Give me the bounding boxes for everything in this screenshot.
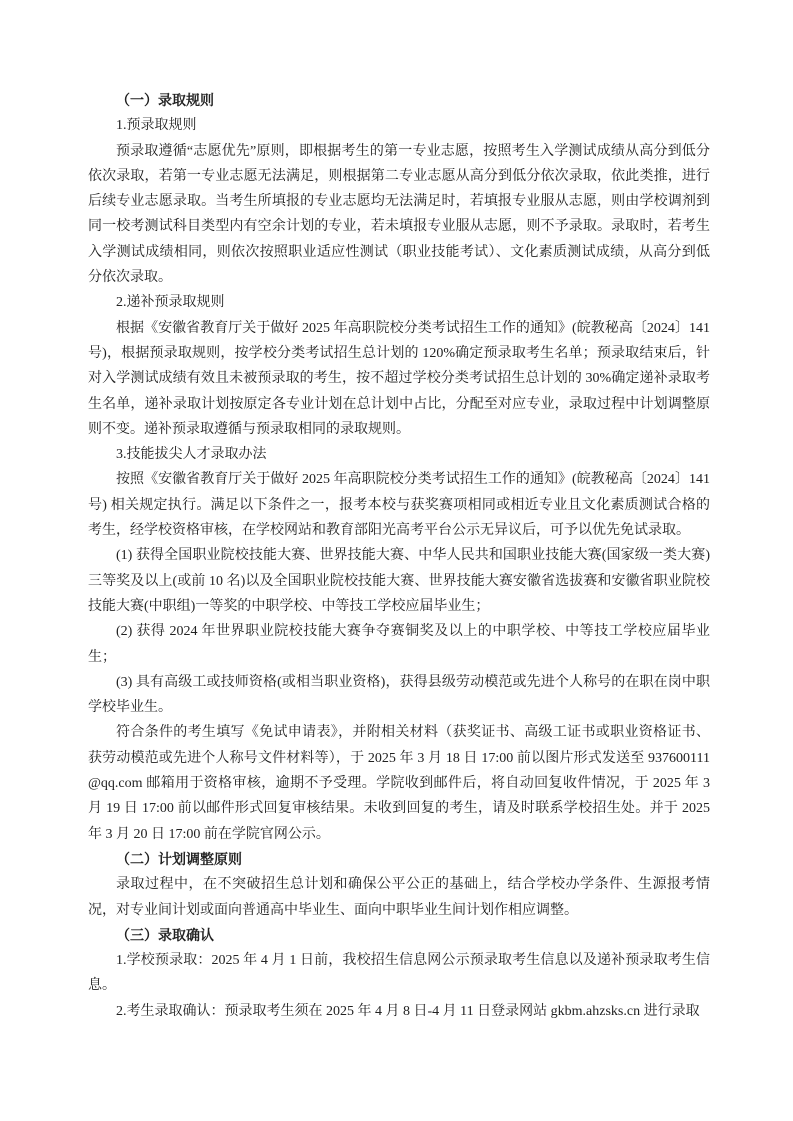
section-paragraph-9: (3) 具有高级工或技师资格(或相当职业资格)，获得县级劳动模范或先进个人称号的… [88,670,710,721]
section-heading-0: （一）录取规则 [88,88,710,113]
section-subheading-1: 1.预录取规则 [88,113,710,138]
section-subheading-3: 2.递补预录取规则 [88,290,710,315]
section-subheading-5: 3.技能拔尖人才录取办法 [88,442,710,467]
section-paragraph-7: (1) 获得全国职业院校技能大赛、世界技能大赛、中华人民共和国职业技能大赛(国家… [88,543,710,619]
section-paragraph-6: 按照《安徽省教育厅关于做好 2025 年高职院校分类考试招生工作的通知》(皖教秘… [88,467,710,543]
section-heading-13: （三）录取确认 [88,923,710,948]
section-paragraph-12: 录取过程中，在不突破招生总计划和确保公平公正的基础上，结合学校办学条件、生源报考… [88,872,710,923]
section-paragraph-10: 符合条件的考生填写《免试申请表》，并附相关材料（获奖证书、高级工证书或职业资格证… [88,720,710,846]
section-paragraph-4: 根据《安徽省教育厅关于做好 2025 年高职院校分类考试招生工作的通知》(皖教秘… [88,316,710,442]
document-body: （一）录取规则1.预录取规则预录取遵循“志愿优先”原则，即根据考生的第一专业志愿… [88,88,710,1024]
section-paragraph-14: 1.学校预录取：2025 年 4 月 1 日前，我校招生信息网公示预录取考生信息… [88,948,710,999]
section-paragraph-8: (2) 获得 2024 年世界职业院校技能大赛争夺赛铜奖及以上的中职学校、中等技… [88,619,710,670]
section-paragraph-2: 预录取遵循“志愿优先”原则，即根据考生的第一专业志愿，按照考生入学测试成绩从高分… [88,139,710,291]
document-page: （一）录取规则1.预录取规则预录取遵循“志愿优先”原则，即根据考生的第一专业志愿… [0,0,793,1121]
section-heading-11: （二）计划调整原则 [88,847,710,872]
section-paragraph-15: 2.考生录取确认：预录取考生须在 2025 年 4 月 8 日-4 月 11 日… [88,999,710,1024]
